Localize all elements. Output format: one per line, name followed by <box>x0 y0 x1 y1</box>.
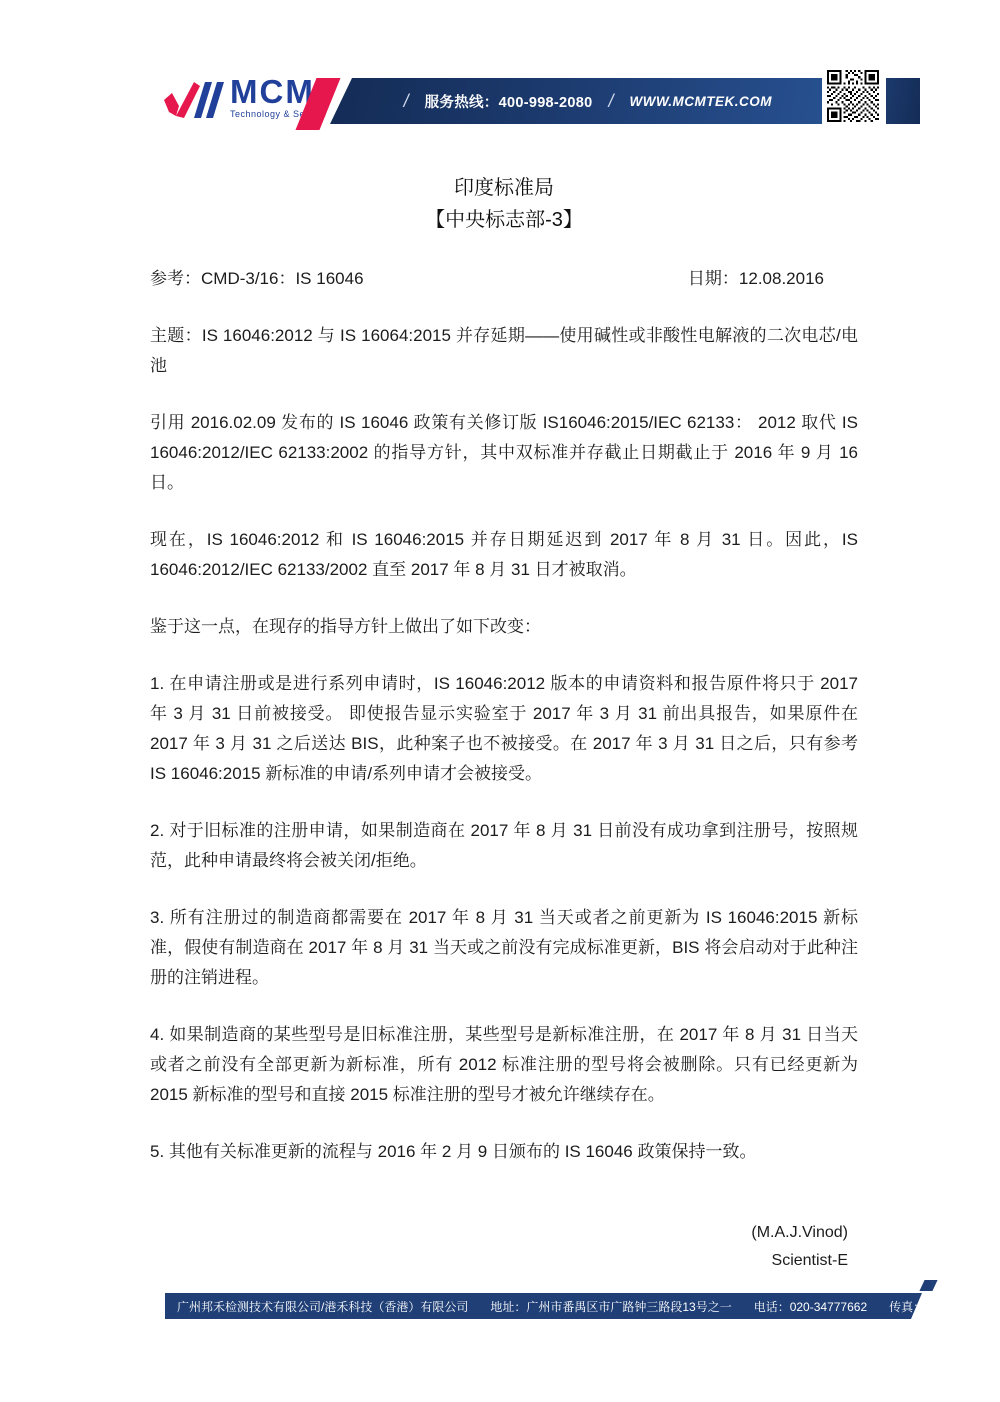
list-item: 2. 对于旧标准的注册申请，如果制造商在 2017 年 8 月 31 日前没有成… <box>150 816 858 876</box>
banner-right-segment <box>886 78 920 124</box>
subject-line: 主题：IS 16046:2012 与 IS 16064:2015 并存延期——使… <box>150 321 858 381</box>
list-item: 4. 如果制造商的某些型号是旧标准注册，某些型号是新标准注册，在 2017 年 … <box>150 1020 858 1110</box>
document-title: 印度标准局 <box>150 172 858 204</box>
list-item: 5. 其他有关标准更新的流程与 2016 年 2 月 9 日颁布的 IS 160… <box>150 1137 858 1167</box>
reference-number: 参考：CMD-3/16：IS 16046 <box>150 264 364 289</box>
paragraph: 现在，IS 16046:2012 和 IS 16046:2015 并存日期延迟到… <box>150 525 858 585</box>
document-content: 印度标准局 【中央标志部-3】 参考：CMD-3/16：IS 16046 日期：… <box>150 172 858 1275</box>
service-hotline: 服务热线：400-998-2080 <box>425 91 593 112</box>
footer-fax: 传真：020-34777665-609 <box>889 1298 1000 1315</box>
footer-accent-slash <box>919 1280 937 1291</box>
banner-divider-icon: / <box>404 91 409 112</box>
document-subtitle: 【中央标志部-3】 <box>150 204 858 236</box>
meta-row: 参考：CMD-3/16：IS 16046 日期：12.08.2016 <box>150 264 858 289</box>
document-date: 日期：12.08.2016 <box>688 264 824 289</box>
paragraph: 引用 2016.02.09 发布的 IS 16046 政策有关修订版 IS160… <box>150 408 858 498</box>
paragraph: 鉴于这一点，在现存的指导方针上做出了如下改变： <box>150 612 858 642</box>
footer-company: 广州邦禾检测技术有限公司/港禾科技（香港）有限公司 <box>177 1298 468 1315</box>
list-item: 1. 在申请注册或是进行系列申请时，IS 16046:2012 版本的申请资料和… <box>150 669 858 789</box>
website-url: WWW.MCMTEK.COM <box>630 94 772 109</box>
document-page: MCM Technology & Service / 服务热线：400-998-… <box>0 0 1000 1402</box>
signature-name: (M.A.J.Vinod) <box>150 1219 848 1247</box>
banner-divider-icon: / <box>609 91 614 112</box>
mcm-checkmark-icon <box>160 76 226 122</box>
signature-block: (M.A.J.Vinod) Scientist-E <box>150 1219 858 1275</box>
footer-bar: 广州邦禾检测技术有限公司/港禾科技（香港）有限公司 地址：广州市番禺区市广路钟三… <box>165 1293 922 1319</box>
footer-address: 地址：广州市番禺区市广路钟三路段13号之一 <box>490 1298 731 1315</box>
signature-title: Scientist-E <box>150 1247 848 1275</box>
list-item: 3. 所有注册过的制造商都需要在 2017 年 8 月 31 当天或者之前更新为… <box>150 903 858 993</box>
qr-code <box>827 69 879 123</box>
footer-phone: 电话：020-34777662 <box>754 1298 867 1315</box>
header-banner: / 服务热线：400-998-2080 / WWW.MCMTEK.COM <box>330 78 822 124</box>
